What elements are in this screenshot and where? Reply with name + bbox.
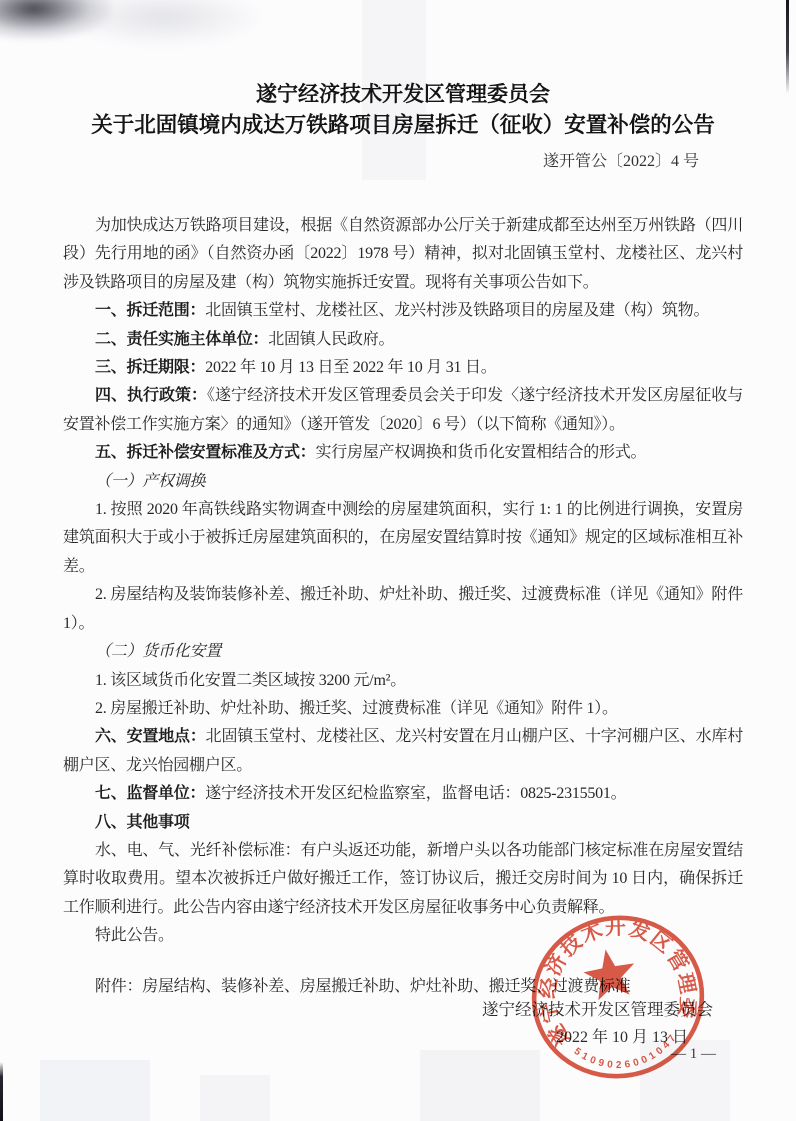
scanned-page: 遂宁经济技术开发区管理委员会 关于北固镇境内成达万铁路项目房屋拆迁（征收）安置补…	[0, 0, 796, 1121]
paragraph-swap-1: 1. 按照 2020 年高铁线路实物调查中测绘的房屋建筑面积，实行 1: 1 的…	[63, 496, 743, 581]
scan-edge-line	[0, 1062, 3, 1121]
paragraph-supervision: 七、监督单位：遂宁经济技术开发区纪检监察室，监督电话：0825-2315501。	[63, 780, 743, 808]
paragraph-money-1: 1. 该区域货币化安置二类区域按 3200 元/m²。	[63, 667, 743, 695]
paragraph-intro: 为加快成达万铁路项目建设，根据《自然资源部办公厅关于新建成都至达州至万州铁路（四…	[63, 212, 743, 297]
paragraph-policy: 四、执行政策：《遂宁经济技术开发区管理委员会关于印发〈遂宁经济技术开发区房屋征收…	[63, 382, 743, 439]
paragraph-standard: 五、拆迁补偿安置标准及方式：实行房屋产权调换和货币化安置相结合的形式。	[63, 439, 743, 467]
scan-smudge	[78, 0, 268, 48]
document-number: 遂开管公〔2022〕4 号	[63, 151, 743, 173]
title-line-2: 关于北固镇境内成达万铁路项目房屋拆迁（征收）安置补偿的公告	[63, 108, 743, 142]
paragraph-others-head: 八、其他事项	[63, 809, 743, 837]
scan-edge-line	[786, 0, 789, 94]
paragraph-scope: 一、拆迁范围：北固镇玉堂村、龙楼社区、龙兴村涉及铁路项目的房屋及建（构）筑物。	[63, 297, 743, 325]
paragraph-period: 三、拆迁期限：2022 年 10 月 13 日至 2022 年 10 月 31 …	[63, 354, 743, 382]
paragraph-subhead-1: （一）产权调换	[63, 468, 743, 496]
scan-band	[40, 1060, 150, 1121]
paragraph-swap-2: 2. 房屋结构及装饰装修补差、搬迁补助、炉灶补助、搬迁奖、过渡费标准（详见《通知…	[63, 581, 743, 638]
seal-star-icon	[580, 945, 639, 1002]
scan-band	[200, 1075, 270, 1121]
paragraph-subhead-2: （二）货币化安置	[63, 638, 743, 666]
paragraph-money-2: 2. 房屋搬迁补助、炉灶补助、搬迁奖、过渡费标准（详见《通知》附件 1）。	[63, 695, 743, 723]
document-body: 为加快成达万铁路项目建设，根据《自然资源部办公厅关于新建成都至达州至万州铁路（四…	[63, 212, 743, 1001]
paragraph-others-body: 水、电、气、光纤补偿标准：有户头返还功能，新增户头以各功能部门核定标准在房屋安置…	[63, 837, 743, 922]
document-content: 遂宁经济技术开发区管理委员会 关于北固镇境内成达万铁路项目房屋拆迁（征收）安置补…	[63, 80, 743, 1001]
title-line-1: 遂宁经济技术开发区管理委员会	[63, 80, 743, 108]
paragraph-location: 六、安置地点：北固镇玉堂村、龙楼社区、龙兴村安置在月山棚户区、十字河棚户区、水库…	[63, 723, 743, 780]
paragraph-responsible-unit: 二、责任实施主体单位：北固镇人民政府。	[63, 326, 743, 354]
official-seal: 遂宁经济技术开发区管理委员会 5109026001047	[528, 912, 708, 1082]
